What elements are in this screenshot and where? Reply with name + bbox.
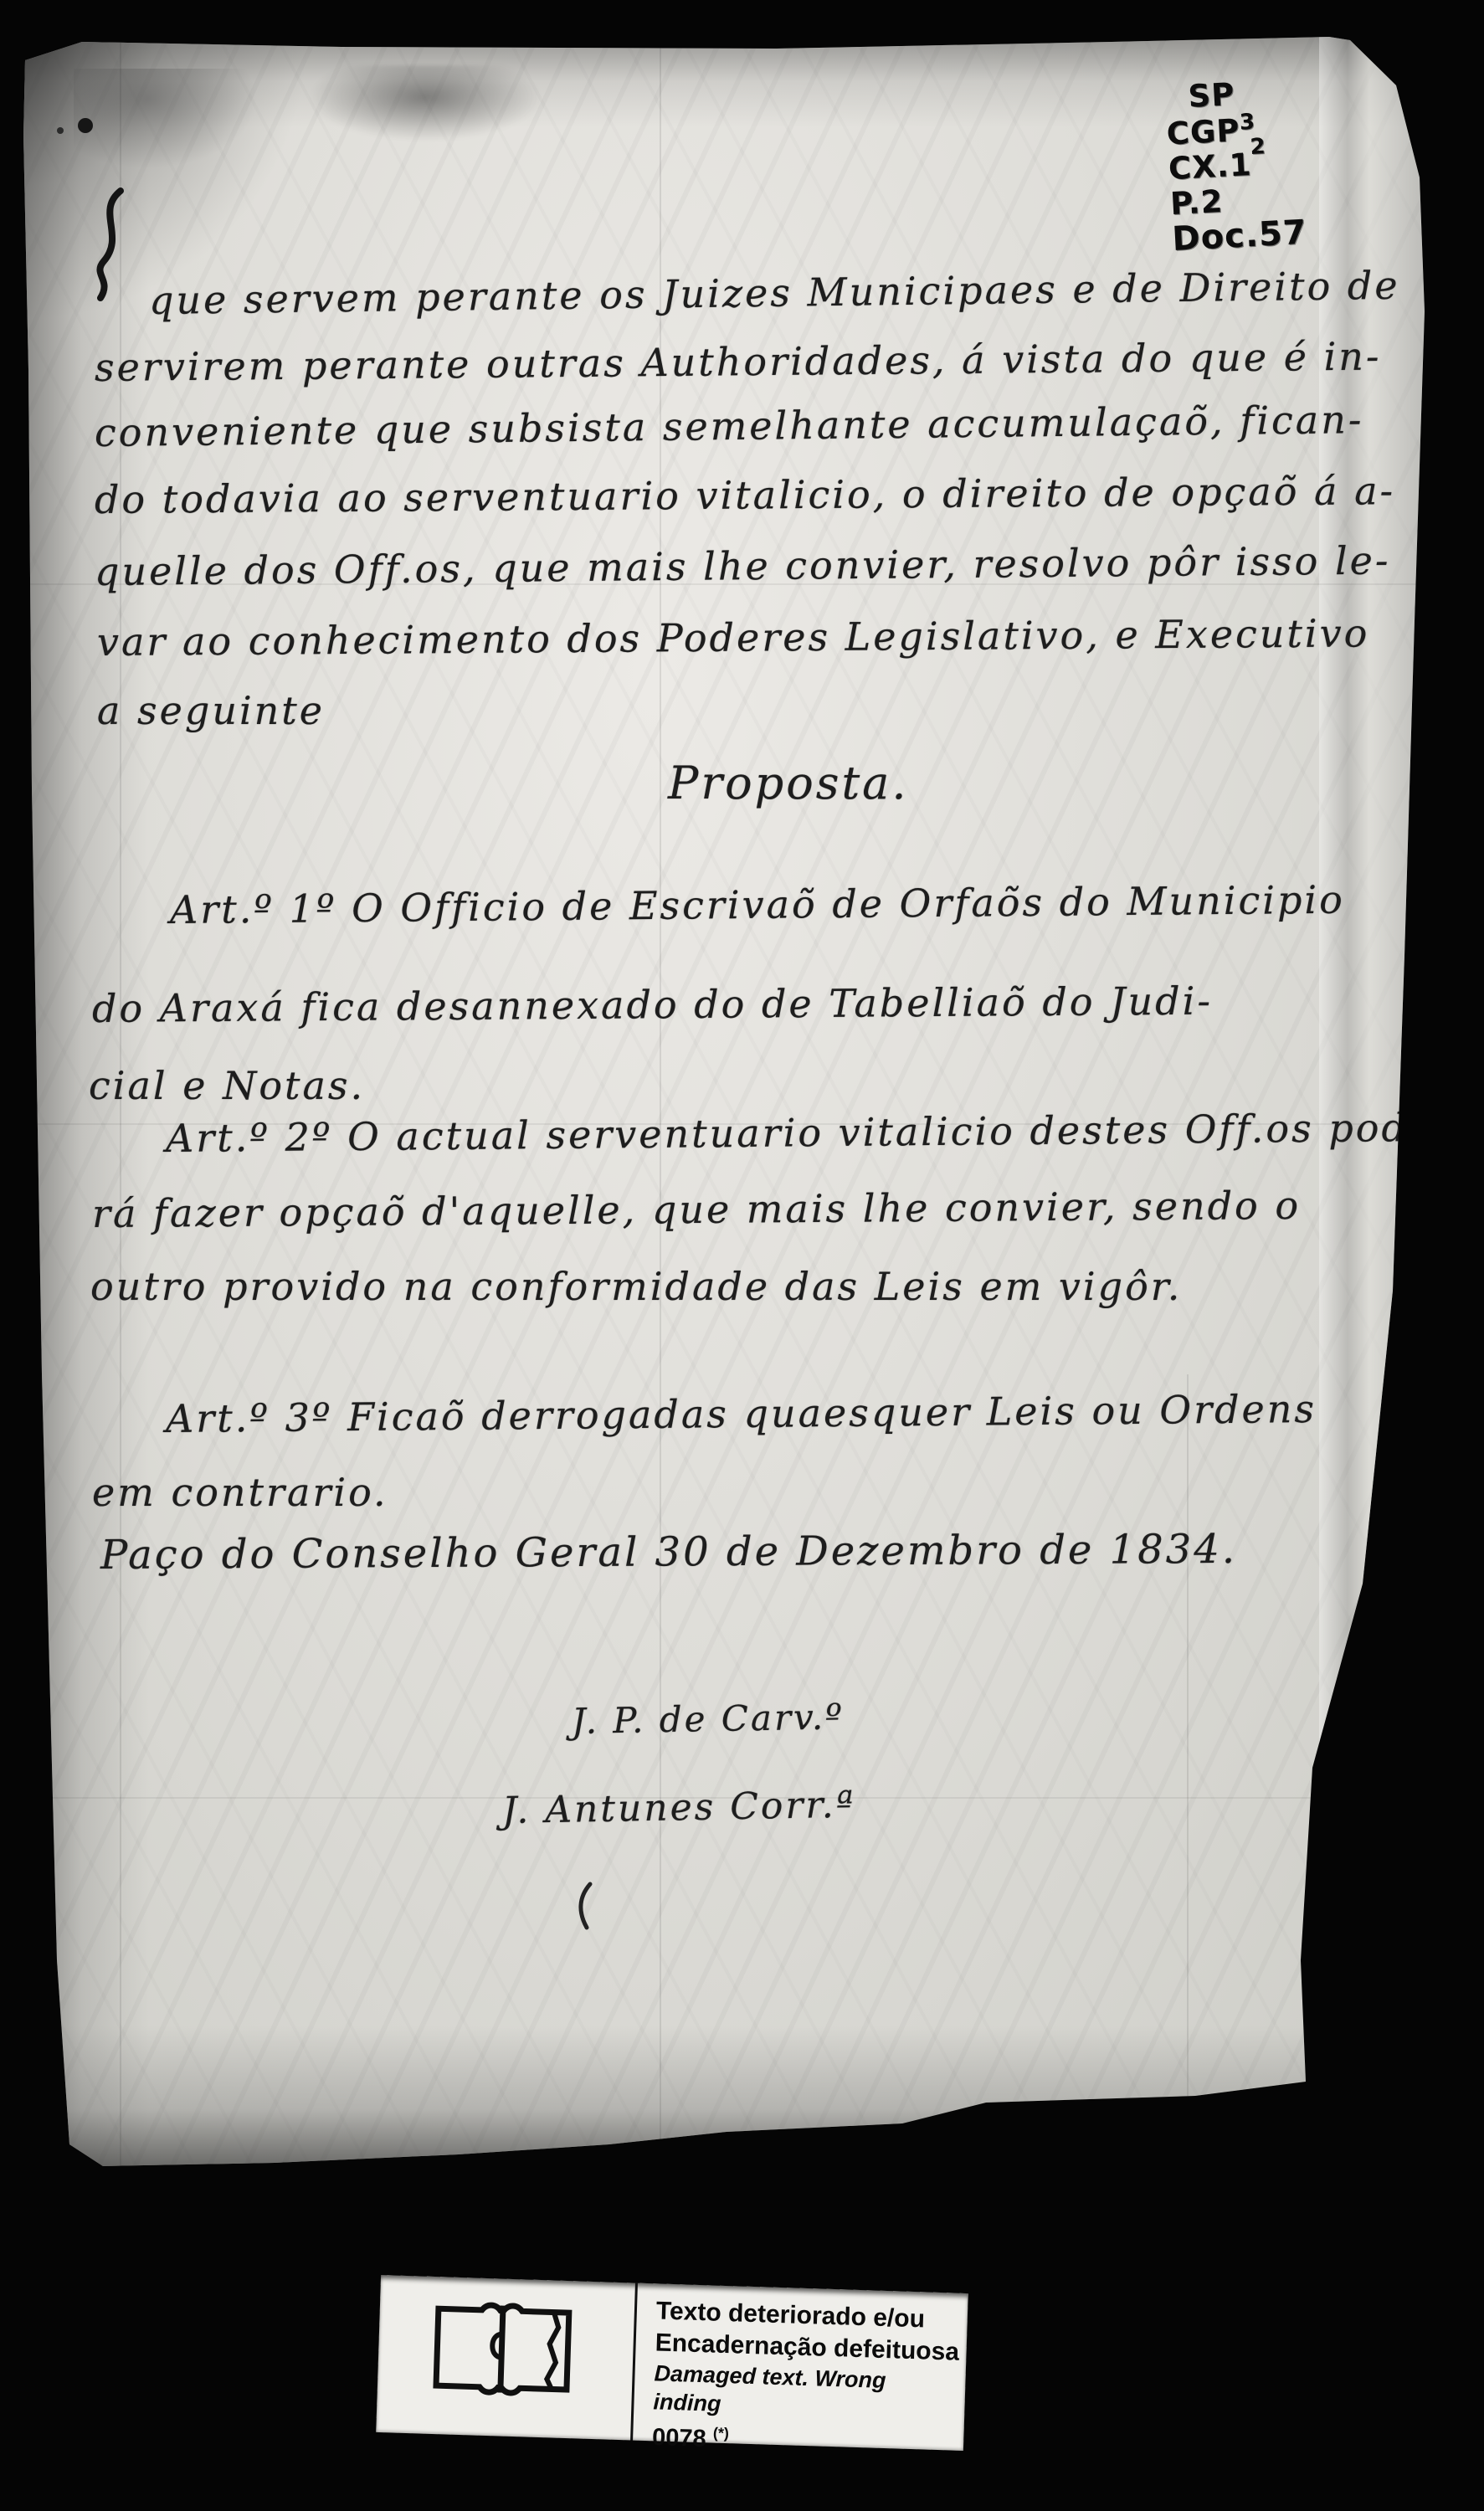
- manuscript-line: quelle dos Off.os, que mais lhe convier,…: [95, 537, 1391, 594]
- manuscript-page: SP CGP32 CX.1 P.2 Doc.57 que servem pera…: [23, 35, 1425, 2168]
- stamp-doc-number: Doc.57: [1171, 214, 1307, 259]
- manuscript-line: conveniente que subsista semelhante accu…: [95, 397, 1364, 455]
- fold-line: [1187, 1374, 1189, 2168]
- manuscript-dateline: Paço do Conselho Geral 30 de Dezembro de…: [100, 1526, 1237, 1579]
- damage-label: Texto deteriorado e/ou Encadernação defe…: [376, 2275, 968, 2451]
- stamp-series-sub: 2: [1250, 134, 1267, 160]
- stamp-fund: SP: [1188, 74, 1301, 114]
- manuscript-line: do todavia ao serventuario vitalicio, o …: [95, 468, 1395, 522]
- manuscript-line: outro provido na conformidade das Leis e…: [90, 1264, 1182, 1309]
- scanned-document: SP CGP32 CX.1 P.2 Doc.57 que servem pera…: [0, 0, 1484, 2511]
- ink-tick-mark: [572, 1881, 597, 1931]
- manuscript-line: rá fazer opçaõ d'aquelle, que mais lhe c…: [92, 1183, 1301, 1236]
- manuscript-line: Art.º 1º O Officio de Escrivaõ de Orfaõs…: [170, 877, 1345, 932]
- manuscript-line: a seguinte: [97, 688, 325, 733]
- manuscript-line: que servem perante os Juizes Municipaes …: [149, 263, 1400, 323]
- manuscript-line: Art.º 3º Ficaõ derrogadas quaesquer Leis…: [166, 1386, 1317, 1441]
- label-number-note: (*): [713, 2425, 730, 2442]
- top-smudge: [300, 65, 551, 145]
- archival-stamp: SP CGP32 CX.1 P.2 Doc.57: [1164, 74, 1308, 259]
- manuscript-line: var ao conhecimento dos Poderes Legislat…: [97, 610, 1370, 665]
- signature: J. P. de Carv.º: [572, 1696, 845, 1742]
- signature: J. Antunes Corr.ª: [502, 1784, 856, 1832]
- label-divider: [630, 2283, 638, 2441]
- manuscript-line: cial e Notas.: [89, 1063, 365, 1108]
- manuscript-line: em contrario.: [92, 1470, 388, 1515]
- label-text-en: Damaged text. Wrong inding: [653, 2359, 960, 2425]
- manuscript-line: servirem perante outras Authoridades, á …: [95, 334, 1382, 390]
- manuscript-line: do Araxá fica desannexado do de Tabellia…: [92, 978, 1213, 1031]
- ink-blot: [52, 109, 102, 142]
- ink-brace-mark: [84, 187, 142, 313]
- manuscript-line: Art.º 2º O actual serventuario vitalicio…: [166, 1105, 1450, 1161]
- damaged-book-icon: [429, 2297, 577, 2401]
- stamp-series-sup: 3: [1239, 110, 1256, 136]
- manuscript-heading: Proposta.: [668, 757, 909, 809]
